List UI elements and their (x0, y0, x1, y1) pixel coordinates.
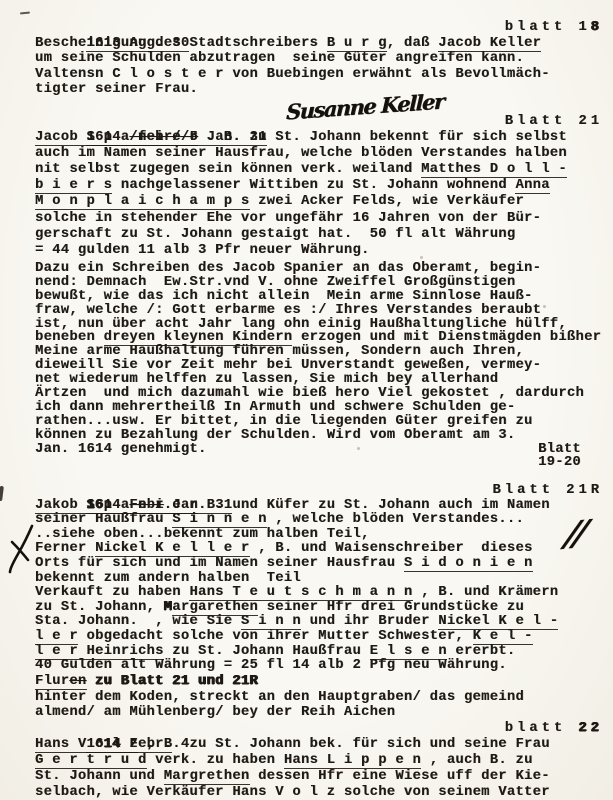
text-segment: tigter seiner Frau. (35, 82, 198, 97)
text-segment: solche von seinem Vatter (335, 785, 550, 800)
text-segment: S i d o n i e n (404, 556, 533, 572)
text-segment: en (69, 674, 86, 690)
text-segment: zwei Acker Felds, wie Verkäufer (250, 194, 525, 209)
scan-edge-mark (0, 486, 4, 501)
text-segment: nend: Demnach Ew.Str.vnd V. ohne Zweiffe… (35, 275, 515, 290)
text-segment: G e r t r u d (35, 753, 147, 769)
text-line: hinter dem Koden, streckt an den Hauptgr… (35, 690, 607, 706)
text-segment: Valtensn C l o s t e r von Buebingen erw… (35, 67, 550, 82)
text-line: rathen...usw. Er bittet, in die liegende… (35, 415, 607, 429)
text-segment: blatt (505, 721, 579, 736)
text-segment: zu St. Johann Haußfrau (164, 644, 370, 659)
text-segment: net wiederum helffen zu lassen, Sie mich… (35, 372, 498, 387)
text-line: G e r t r u d verk. zu haben Hans L i p … (35, 753, 607, 769)
text-segment: M (164, 600, 173, 615)
text-line: Ärtzen und mich dazumahl wie bieß hero V… (35, 387, 607, 401)
text-segment: zu St. Johann, (35, 600, 164, 615)
text-segment: gerschaft zu St. Johann gestaigt hat. 50… (35, 227, 515, 242)
text-segment: b i e r s (35, 178, 112, 194)
text-segment: Jan. 1614 genehmigt. (35, 442, 207, 457)
text-segment: Margrethen (164, 769, 250, 785)
text-line: tigter seiner Frau. (35, 82, 607, 98)
text-segment: S i n n e n (172, 512, 266, 528)
blatt-reference: Blatt 21R (492, 484, 603, 499)
text-line: St. Johann und Margrethen dessen Hfr ein… (35, 769, 607, 785)
text-line: Jacob S p a n i e r . B. zu St. Johann b… (35, 130, 607, 146)
entry-header: 1614 Febr.Jan. 31 Blatt 21R (35, 484, 607, 499)
text-line: Bescheinigung des Stadtschreibers B u r … (35, 36, 607, 52)
text-segment: B. und Küfer zu St. Johann auch im Namen (198, 498, 550, 513)
text-segment: B u r g (327, 36, 387, 52)
text-segment: ..siehe oben...bekennt zum halben Teil, (35, 527, 370, 542)
text-segment: verk. zu haben (147, 753, 284, 768)
text-segment: solche in stehender Ehe vor ungefähr 16 … (35, 211, 541, 226)
text-line: 19-20 (35, 456, 607, 470)
text-segment: 40 Gulden alt Währung = 25 fl 14 alb 2 P… (35, 658, 507, 673)
text-segment: St. Johann und (35, 769, 164, 784)
entry-body: Jacob S p a n i e r . B. zu St. Johann b… (35, 130, 607, 259)
text-segment: 8 (591, 20, 603, 35)
text-line: Orts für sich und im Namen seiner Hausfr… (35, 557, 607, 572)
text-line: fraw, welche /: Gott erbarme es :/ Ihres… (35, 304, 607, 318)
text-segment: ich dann mehrertheilß In Armuth und schw… (35, 400, 515, 415)
entry-header: 1613 Aug. 30 blatt 18 (35, 20, 607, 36)
text-line: bekennt zum andern halben Teil (35, 572, 607, 587)
text-segment: Sta. Johann. , wie Sie (35, 614, 241, 629)
text-line: bewußt, wie das ich nicht allein Mein ar… (35, 290, 607, 304)
text-segment: obgedacht solche von ihrer Mutter Schwes… (78, 629, 473, 644)
text-segment: zu Blatt 21 und 21R (95, 674, 258, 689)
text-segment: . B. zu St. Johann bekennt für sich selb… (198, 130, 567, 145)
text-line: nend: Demnach Ew.Str.vnd V. ohne Zweiffe… (35, 276, 607, 290)
text-line: Sta. Johann. , wie Sie S i n n und ihr B… (35, 615, 607, 630)
text-line: Ferner Nickel K e l l e r , B. und Waise… (35, 542, 607, 557)
text-segment: seiner Hfr drei Grundstücke zu (258, 600, 524, 615)
text-segment: Matthes D o l l - (421, 162, 567, 178)
text-segment: , welche blöden Verstandes... (267, 512, 524, 527)
entry-header: 1614 Febr. 4 blatt 22 (35, 721, 607, 737)
text-segment: bewußt, wie das ich nicht allein Mein ar… (35, 289, 533, 304)
text-segment: Blatt 21R (492, 483, 603, 498)
text-segment: Jacob Keller (438, 36, 541, 52)
text-segment: blatt 1 (505, 20, 591, 35)
text-line: Dazu ein Schreiben des Jacob Spanier an … (35, 262, 607, 276)
text-segment: Dazu ein Schreiben des Jacob Spanier an … (35, 261, 541, 276)
scan-dash (20, 11, 30, 14)
blatt-reference: Blatt 21 (505, 114, 603, 130)
text-segment: bekennt zum andern halben Teil (35, 571, 301, 586)
blatt-reference: blatt 22 (505, 721, 603, 737)
text-segment: , auch B. zu (421, 753, 533, 768)
text-line: almend/ am Mühlenberg/ bey der Reih Aich… (35, 705, 607, 721)
text-line: Jakob S p a n i e r B. und Küfer zu St. … (35, 499, 607, 514)
text-line: nit selbst zugegen sein können verk. wei… (35, 162, 607, 178)
text-line: M o n p l a i c h a m p s zwei Acker Fel… (35, 194, 607, 210)
text-segment (87, 674, 96, 689)
text-segment: almend/ am Mühlenberg/ bey der Reih Aich… (35, 705, 395, 720)
text-line: Jan. 1614 genehmigt.Blatt (35, 443, 607, 457)
text-segment: S i n n (241, 614, 301, 630)
text-segment: K e l - (473, 629, 533, 645)
text-segment: Verkauft zu haben (35, 585, 189, 600)
text-line: auch im Namen seiner Hausfrau, welche bl… (35, 146, 607, 162)
text-line: können zu Bezahlung der Schulden. Wird v… (35, 429, 607, 443)
text-line: Fluren zu Blatt 21 und 21R (35, 674, 607, 690)
text-segment: , daß (387, 36, 438, 51)
text-line: selbach, wie Verkäufer Hans V o l z solc… (35, 785, 607, 800)
text-segment: , B. und Waisenschreiber dieses (250, 541, 533, 556)
entry-body: Bescheinigung des Stadtschreibers B u r … (35, 36, 607, 98)
text-line: b i e r s nachgelassener Wittiben zu St.… (35, 178, 607, 194)
text-line: net wiederum helffen zu lassen, Sie mich… (35, 373, 607, 387)
text-segment: rathen...usw. Er bittet, in die liegende… (35, 414, 533, 429)
text-segment: Ärtzen und mich dazumahl wie bieß hero V… (35, 386, 584, 401)
text-segment: dieweill Sie vor Zeit mehr bei Unverstan… (35, 358, 541, 373)
paragraph-body: Dazu ein Schreiben des Jacob Spanier an … (35, 262, 607, 470)
text-segment: Blatt 21 (505, 114, 603, 129)
text-segment: Anna (515, 178, 549, 194)
text-segment: selbach, wie Verkäufer (35, 785, 232, 800)
text-segment: = 44 gulden 11 alb 3 Pfr neuer Währung. (35, 243, 370, 258)
text-line: seiner Haußfrau S i n n e n , welche blö… (35, 513, 607, 528)
text-line: l e r obgedacht solche von ihrer Mutter … (35, 630, 607, 645)
text-segment: M o n p l a i c h a m p s (35, 194, 250, 210)
text-segment: Hans V o l z (232, 785, 335, 800)
text-line: = 44 gulden 11 alb 3 Pfr neuer Währung. (35, 243, 607, 259)
text-segment: seiner Haußfrau (35, 512, 172, 527)
entry-1613-aug-30: 1613 Aug. 30 blatt 18 Bescheinigung des … (35, 20, 607, 98)
note-body: Fluren zu Blatt 21 und 21Rhinter dem Kod… (35, 674, 607, 721)
fluren-note: Fluren zu Blatt 21 und 21Rhinter dem Kod… (35, 674, 607, 721)
entry-1614-jan-31-blatt-21r: 1614 Febr.Jan. 31 Blatt 21R Jakob S p a … (35, 484, 607, 674)
text-line: Valtensn C l o s t e r von Buebingen erw… (35, 67, 607, 83)
text-segment: Jacob S p a n i e r (35, 130, 198, 146)
text-segment: Blatt (538, 443, 581, 457)
text-segment: dessen Hfr eine Wiese uff der Kie- (250, 769, 550, 784)
text-segment: und ihr Bruder (301, 614, 438, 629)
text-line: um seine Schulden abzutragen seine Güter… (35, 51, 607, 67)
text-segment: Nickel K e l - (438, 614, 558, 630)
entry-header: 1614 /febr//5 Jan. 31 Blatt 21 (35, 114, 607, 130)
text-line: solche in stehender Ehe vor ungefähr 16 … (35, 211, 607, 227)
text-segment: Orts für sich und im Namen seiner Hausfr… (35, 556, 404, 571)
oberamt-letter-paragraph: Dazu ein Schreiben des Jacob Spanier an … (35, 262, 607, 470)
text-line: 40 Gulden alt Währung = 25 fl 14 alb 2 P… (35, 659, 607, 674)
document-page: 1613 Aug. 30 blatt 18 Bescheinigung des … (0, 0, 613, 800)
entry-body: Jakob S p a n i e r B. und Küfer zu St. … (35, 499, 607, 674)
text-line: Verkauft zu haben Hans T e u t s c h m a… (35, 586, 607, 601)
text-segment: , B. und Krämern (413, 585, 559, 600)
text-segment: ererbt. (447, 644, 516, 659)
text-line: Hans V o l z , B. zu St. Johann bek. für… (35, 737, 607, 753)
text-segment: l e r (35, 629, 78, 645)
text-segment: hinter dem Koden, streckt an den Hauptgr… (35, 690, 524, 705)
entry-body: Hans V o l z , B. zu St. Johann bek. für… (35, 737, 607, 800)
text-segment: nachgelassener Wittiben zu St. Johann wo… (112, 178, 515, 193)
text-line: ich dann mehrertheilß In Armuth und schw… (35, 401, 607, 415)
text-segment: Hans T e u t s c h m a n n (189, 585, 412, 601)
text-line: l e r Heinrichs zu St. Johann Haußfrau E… (35, 645, 607, 660)
text-segment: Nickel K e l l e r (95, 541, 249, 557)
text-segment: Hans V o l z (35, 737, 138, 753)
text-segment: können zu Bezahlung der Schulden. Wird v… (35, 428, 515, 443)
text-segment: Ferner (35, 541, 95, 556)
text-segment: auch im Namen seiner Hausfrau, welche bl… (35, 146, 567, 161)
text-segment: 22 (578, 721, 603, 736)
entry-1614-febr-4: 1614 Febr. 4 blatt 22 Hans V o l z , B. … (35, 721, 607, 800)
text-segment: Hans L i p p e n (284, 753, 421, 769)
text-line: gerschaft zu St. Johann gestaigt hat. 50… (35, 227, 607, 243)
text-segment: , B. zu St. Johann bek. für sich und sei… (138, 737, 550, 752)
text-segment: fraw, welche /: Gott erbarme es :/ Ihres… (35, 303, 541, 318)
text-segment: um seine Schulden abzutragen seine Güter… (35, 51, 524, 66)
text-segment: Flur (35, 674, 69, 690)
entry-1614-jan-31-blatt-21: 1614 /febr//5 Jan. 31 Blatt 21 Jacob S p… (35, 114, 607, 259)
blatt-reference: blatt 18 (505, 20, 603, 36)
text-segment: nit selbst zugegen sein können verk. wei… (35, 162, 421, 177)
text-segment: Bescheinigung des Stadtschreibers (35, 36, 327, 51)
text-segment: 19-20 (538, 456, 581, 470)
